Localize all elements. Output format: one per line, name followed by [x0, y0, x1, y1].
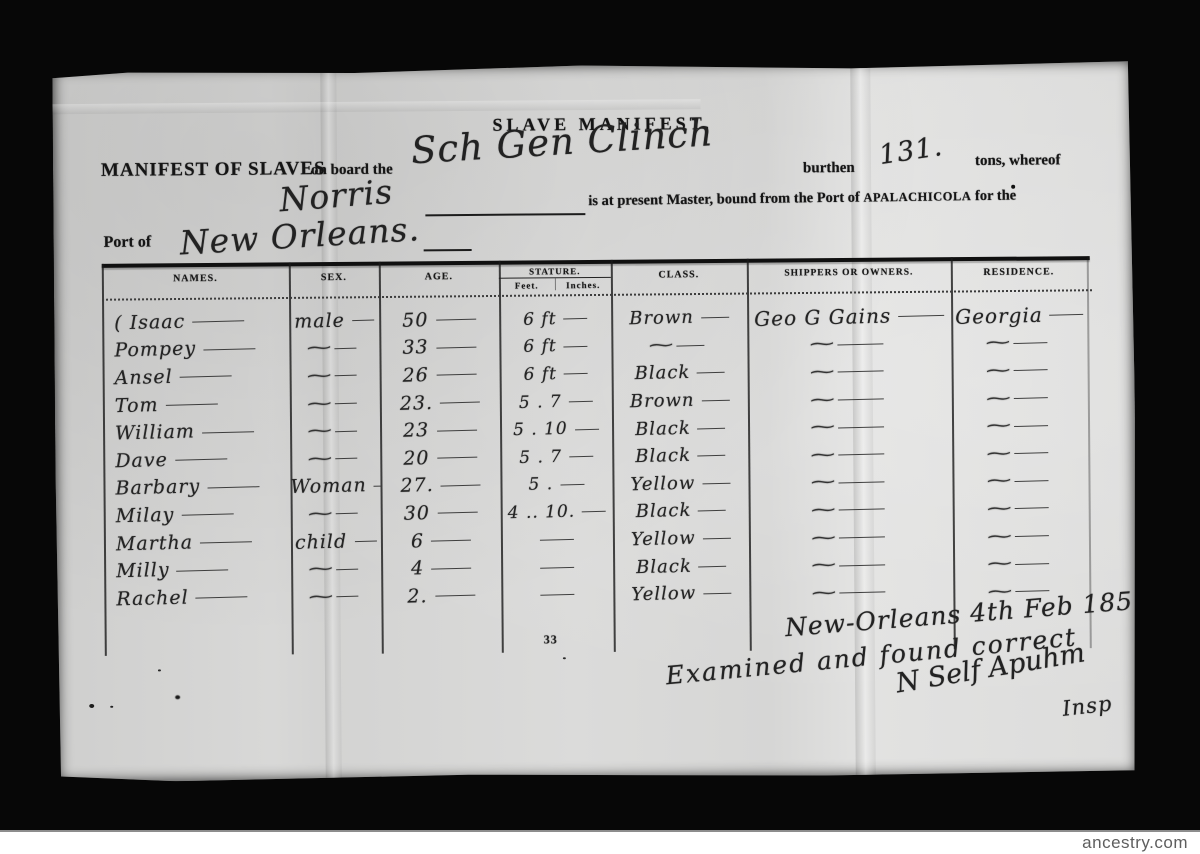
ruled-dash [181, 514, 233, 516]
stature-label: STATURE. [499, 264, 611, 279]
ruled-dash [1015, 480, 1049, 482]
ruled-dash [698, 510, 726, 512]
ruled-dash [898, 315, 944, 317]
ruled-dash [582, 511, 606, 513]
ruled-dash [336, 568, 358, 570]
inches-label: Inches. [555, 278, 611, 290]
ruled-dash [1014, 425, 1048, 427]
ruled-dash [207, 486, 259, 488]
cell-name: ( Isaac [102, 310, 289, 333]
cell-age: 6 [381, 529, 501, 552]
ruled-dash [564, 346, 588, 348]
cell-sex: ~ [290, 393, 380, 414]
cell-residence: ~ [953, 498, 1089, 519]
ruled-dash [355, 541, 377, 543]
ink-specks [89, 704, 94, 708]
cell-class: Brown [611, 307, 747, 329]
port-of-label: Port of [104, 233, 152, 251]
manifest-of-slaves-label: MANIFEST OF SLAVES [101, 158, 326, 182]
ruled-dash [424, 249, 472, 251]
cell-sex: ~ [290, 366, 380, 387]
cell-sex: ~ [291, 586, 381, 607]
cell-age: 4 [381, 557, 501, 580]
cell-shipper: ~ [747, 334, 951, 356]
ancestry-watermark: ancestry.com [1082, 833, 1188, 853]
ruled-dash [701, 317, 729, 319]
ruled-dash [437, 457, 477, 459]
ruled-dash [698, 565, 726, 567]
fold-crease [52, 99, 700, 114]
ruled-dash [436, 374, 476, 376]
tons-whereof-label: tons, whereof [975, 152, 1061, 170]
cell-class: Yellow [613, 528, 749, 550]
ruled-dash [838, 426, 884, 428]
column-header-residence: RESIDENCE. [951, 260, 1087, 287]
cell-sex: Woman [290, 475, 380, 498]
cell-class: Black [612, 362, 748, 384]
cell-sex: male [289, 309, 379, 332]
cell-shipper: ~ [748, 472, 952, 494]
page-mark: 33 [544, 632, 558, 647]
destination-port-handwritten: New Orleans. [179, 209, 421, 262]
ruled-dash [1014, 342, 1048, 344]
ruled-dash [440, 402, 480, 404]
cell-sex: ~ [291, 559, 381, 580]
cell-age: 27. [380, 474, 500, 497]
ruled-dash [838, 371, 884, 373]
ruled-dash [1014, 452, 1048, 454]
master-bound-line: is at present Master, bound from the Por… [588, 188, 1016, 211]
ruled-dash [436, 346, 476, 348]
ruled-dash [564, 373, 588, 375]
cell-name: Dave [103, 448, 290, 471]
cell-stature [501, 594, 613, 596]
column-header-sex: SEX. [289, 266, 379, 293]
ruled-dash [336, 596, 358, 598]
ruled-dash [1015, 563, 1049, 565]
cell-sex: ~ [291, 504, 381, 525]
ruled-dash [1015, 508, 1049, 510]
ruled-dash [838, 343, 884, 345]
cell-age: 26 [380, 364, 500, 387]
ruled-dash [203, 348, 255, 350]
cell-residence: ~ [953, 553, 1089, 574]
ruled-dash [563, 318, 587, 320]
ruled-dash [540, 539, 574, 541]
cell-name: Barbary [103, 476, 290, 499]
cell-shipper: ~ [749, 554, 953, 576]
cell-name: Pompey [102, 338, 289, 361]
column-header-stature: STATURE. Feet. Inches. [499, 264, 611, 291]
ruled-dash [839, 564, 885, 566]
ruled-dash [435, 595, 475, 597]
column-header-shippers: SHIPPERS OR OWNERS. [747, 261, 951, 289]
ruled-dash [175, 459, 227, 461]
cell-age: 33 [379, 336, 499, 359]
cell-residence: ~ [952, 443, 1088, 464]
ruled-dash [839, 481, 885, 483]
ruled-dash [702, 400, 730, 402]
burthen-value-handwritten: 131. [877, 131, 945, 171]
ruled-dash [1049, 314, 1083, 316]
ruled-dash [192, 321, 244, 323]
feet-label: Feet. [499, 278, 556, 290]
cell-residence: ~ [952, 388, 1088, 409]
ruled-dash [202, 431, 254, 433]
ruled-dash [1014, 370, 1048, 372]
ruled-dash [540, 594, 574, 596]
cell-residence: ~ [951, 333, 1087, 354]
cell-residence: ~ [952, 360, 1088, 381]
cell-class: ~ [611, 335, 747, 356]
ruled-underline [425, 213, 585, 216]
ruled-dash [698, 455, 726, 457]
cell-stature: 5 . 10 [500, 419, 612, 440]
cell-age: 50 [379, 309, 499, 332]
cell-shipper: ~ [748, 389, 952, 411]
cell-shipper: ~ [749, 499, 953, 521]
cell-class: Yellow [613, 583, 749, 605]
cell-class: Black [613, 555, 749, 577]
cell-shipper: ~ [748, 444, 952, 466]
ruled-dash [560, 484, 584, 486]
ruled-dash [166, 404, 218, 406]
master-line-text: is at present Master, bound from the Por… [588, 190, 863, 210]
cell-name: Ansel [103, 365, 290, 388]
ruled-dash [677, 345, 705, 347]
ruled-dash [352, 320, 374, 322]
cell-sex: ~ [289, 338, 379, 359]
ruled-dash [569, 401, 593, 403]
ruled-dash [838, 454, 884, 456]
cell-stature: 6 ft [499, 309, 611, 330]
ruled-dash [374, 485, 381, 486]
ruled-dash [335, 458, 357, 460]
watermark-strip: ancestry.com [0, 830, 1200, 854]
cell-shipper: ~ [749, 527, 953, 549]
cell-name: Milly [104, 559, 291, 582]
cell-age: 20 [380, 447, 500, 470]
ruled-dash [703, 538, 731, 540]
cell-residence: ~ [952, 470, 1088, 491]
cell-name: Tom [103, 393, 290, 416]
cell-stature [501, 567, 613, 569]
cell-residence: ~ [952, 415, 1088, 436]
cell-age: 2. [381, 584, 501, 607]
cell-name: William [103, 421, 290, 444]
cell-name: Martha [104, 531, 291, 554]
ruled-dash [441, 484, 481, 486]
ruled-dash [437, 429, 477, 431]
cell-shipper: ~ [748, 416, 952, 438]
ruled-dash [431, 567, 471, 569]
cell-sex: child [291, 530, 381, 553]
cell-name: Rachel [104, 586, 291, 609]
column-header-names: NAMES. [102, 266, 289, 293]
cell-stature: 5 . 7 [500, 447, 612, 468]
ruled-dash [177, 569, 229, 571]
ruled-dash [1015, 535, 1049, 537]
for-the-label: for the [971, 188, 1016, 205]
ruled-dash [540, 567, 574, 569]
ruled-dash [335, 403, 357, 405]
ruled-dash [569, 456, 593, 458]
ruled-dash [838, 398, 884, 400]
cell-stature: 6 ft [500, 364, 612, 385]
ruled-dash [436, 319, 476, 321]
ruled-dash [703, 593, 731, 595]
cell-stature: 6 ft [499, 336, 611, 357]
cell-age: 30 [381, 502, 501, 525]
cell-stature [501, 539, 613, 541]
ruled-dash [335, 348, 357, 350]
cell-class: Black [612, 445, 748, 467]
ruled-dash [200, 541, 252, 543]
ruled-dash [196, 597, 248, 599]
ruled-dash [335, 375, 357, 377]
ruled-dash [335, 430, 357, 432]
cell-class: Yellow [612, 473, 748, 495]
inspector-title-handwritten: Insp [1061, 691, 1113, 720]
ruled-dash [575, 428, 599, 430]
cell-shipper: ~ [748, 361, 952, 383]
ruled-dash [697, 427, 725, 429]
cell-residence: Georgia [951, 303, 1087, 328]
cell-stature: 5 . [500, 474, 612, 495]
cell-shipper: Geo G Gains [747, 304, 951, 330]
ruled-dash [437, 512, 477, 514]
cell-age: 23. [380, 391, 500, 414]
cell-residence: ~ [953, 526, 1089, 547]
cell-sex: ~ [290, 448, 380, 469]
cell-shipper: ~ [749, 582, 953, 604]
cell-name: Milay [104, 503, 291, 526]
column-header-age: AGE. [379, 265, 499, 292]
ruled-dash [1015, 590, 1049, 592]
burthen-label: burthen [803, 160, 855, 177]
cell-age: 23 [380, 419, 500, 442]
cell-stature: 4 .. 10. [501, 502, 613, 523]
ruled-dash [1014, 397, 1048, 399]
cell-class: Black [613, 500, 749, 522]
cell-class: Brown [612, 390, 748, 412]
ruled-dash [180, 376, 232, 378]
ruled-dash [839, 509, 885, 511]
cell-sex: ~ [290, 421, 380, 442]
ruled-dash [431, 540, 471, 542]
ruled-dash [839, 592, 885, 594]
ruled-dash [839, 536, 885, 538]
cell-stature: 5 . 7 [500, 391, 612, 412]
ruled-dash [702, 483, 730, 485]
ruled-dash [336, 513, 358, 515]
scanned-manifest-document: SLAVE MANIFEST. MANIFEST OF SLAVES on bo… [52, 60, 1138, 782]
column-header-class: CLASS. [611, 263, 747, 290]
port-from-label: Apalachicola [863, 189, 971, 204]
cell-class: Black [612, 417, 748, 439]
table-body: ( Isaac male 50 6 ft Brown Geo G Gains G… [102, 301, 1089, 612]
ruled-dash [697, 372, 725, 374]
